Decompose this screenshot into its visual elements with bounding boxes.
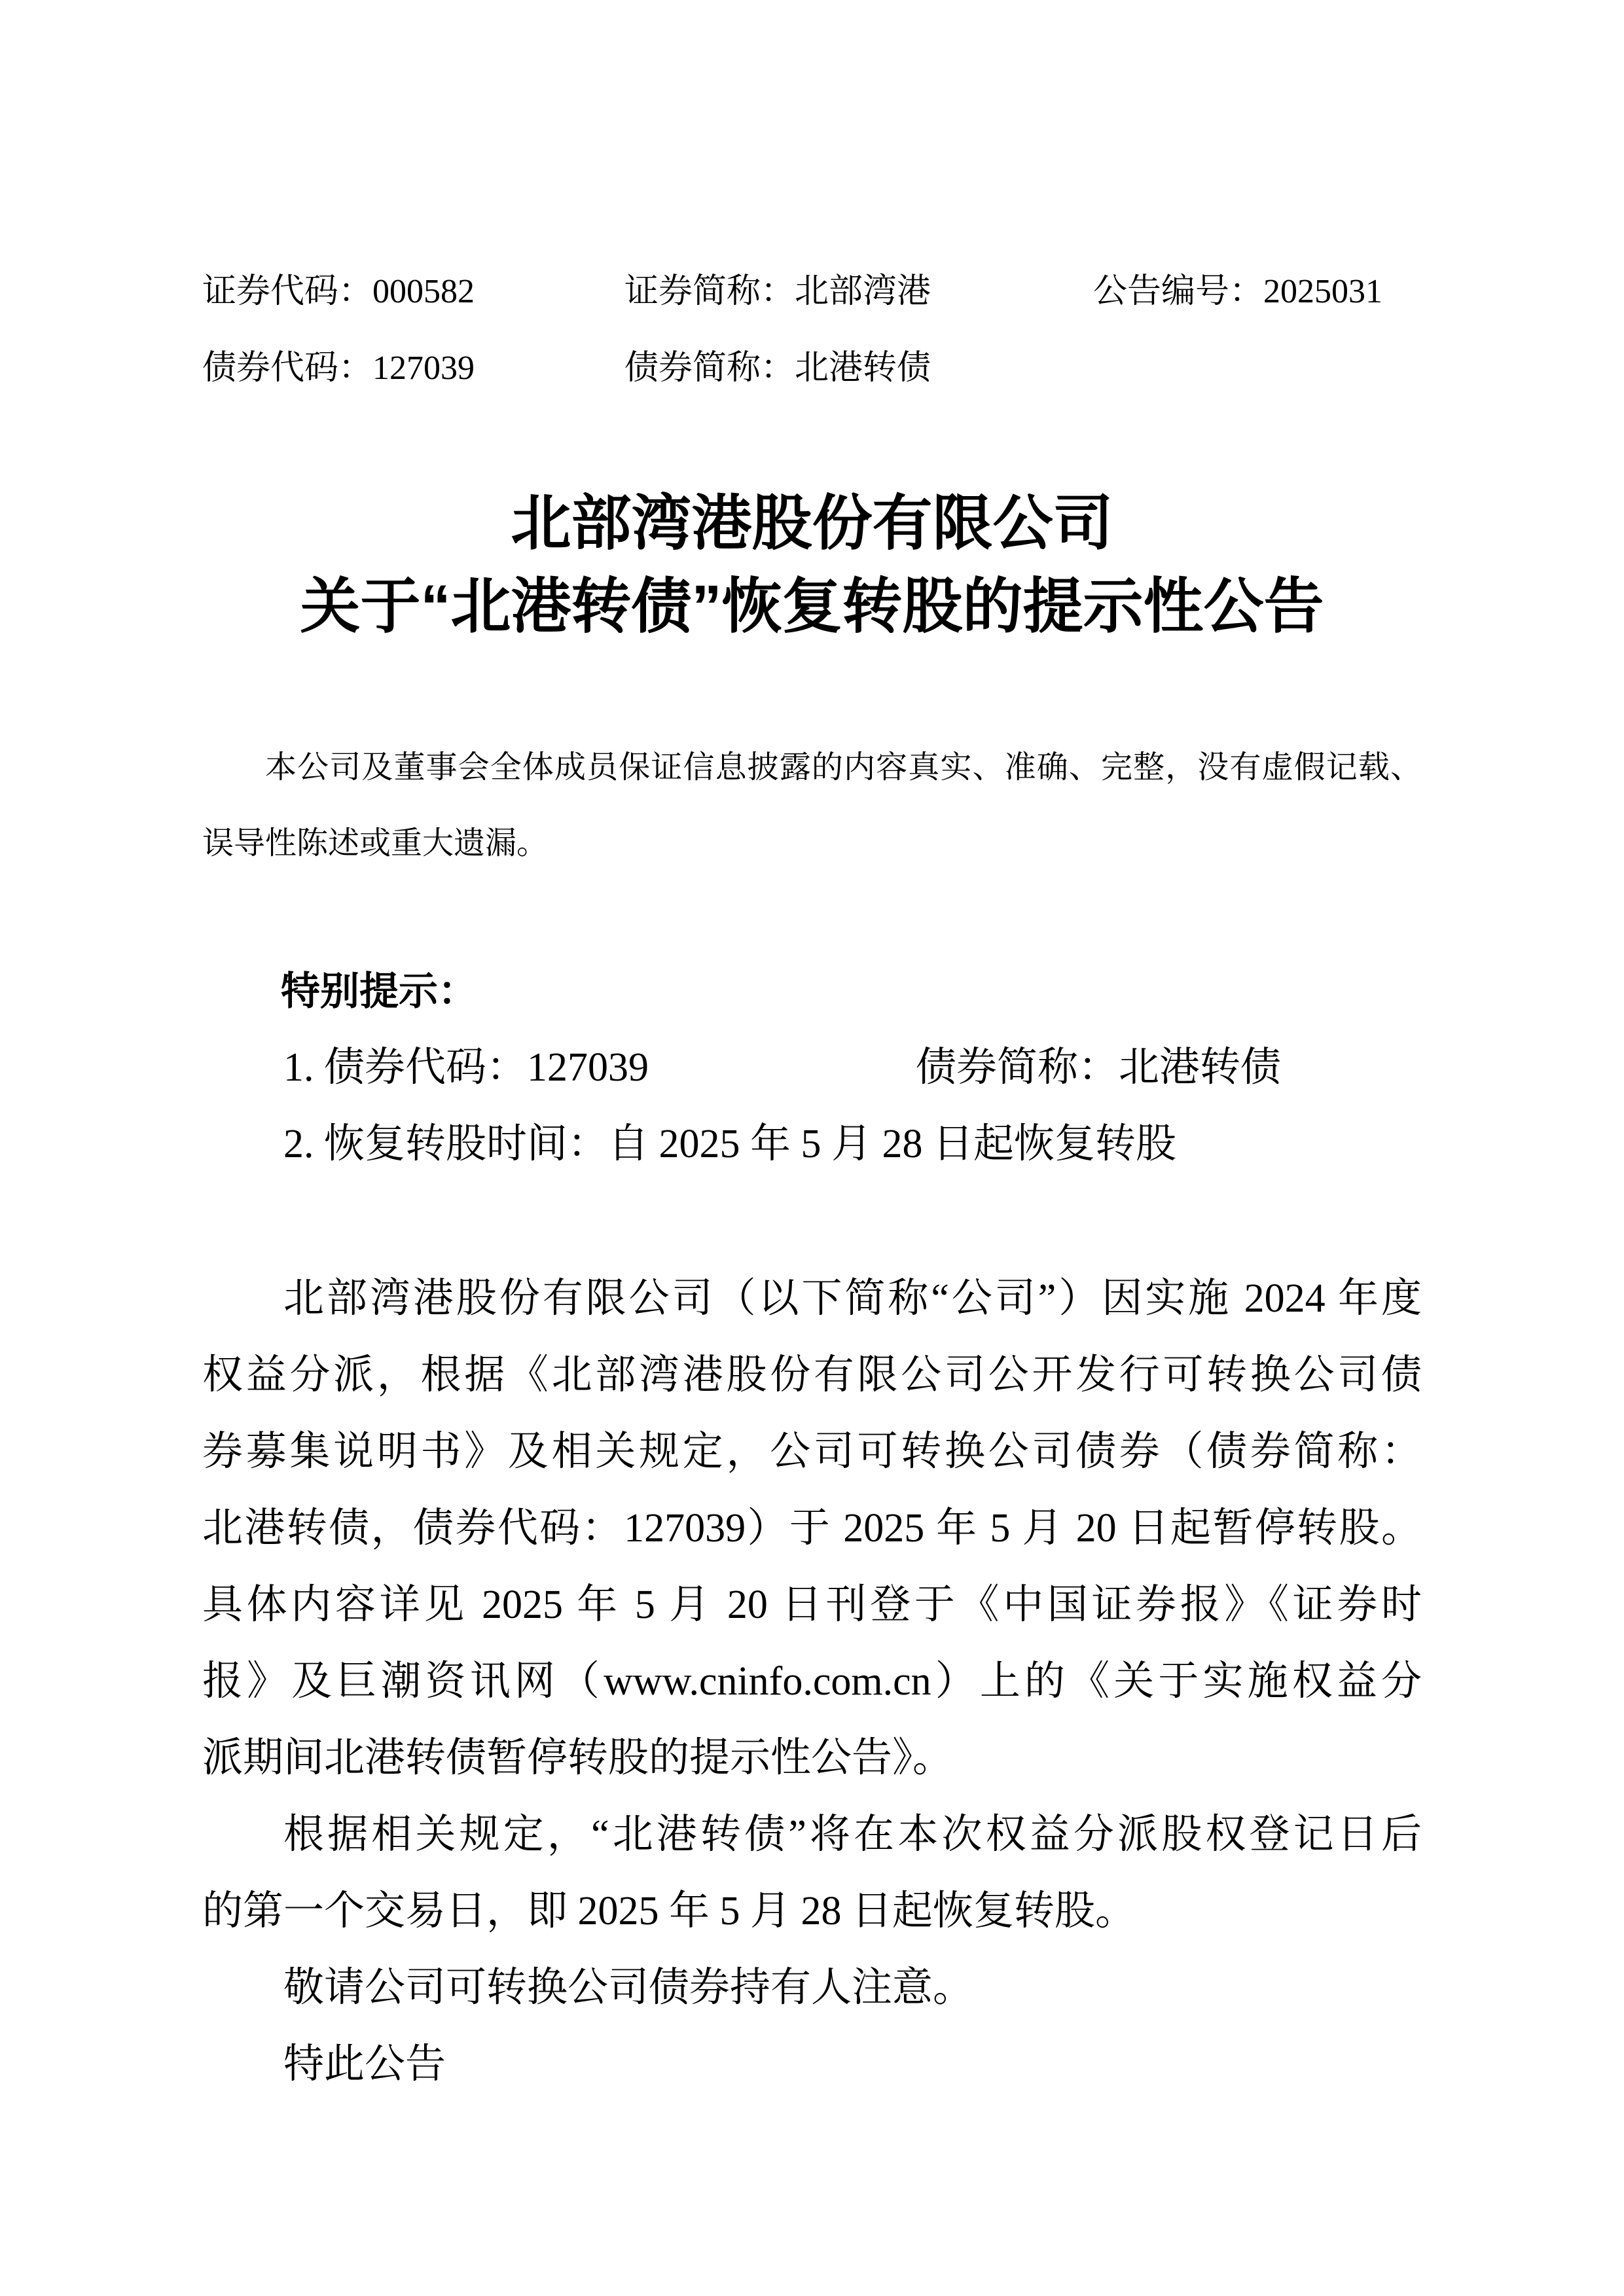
body-paragraph-2: 根据相关规定，“北港转债”将在本次权益分派股权登记日后 的第一个交易日，即 20…	[202, 1797, 1422, 1950]
notice-item-1-bond-code: 1. 债券代码：127039	[202, 1045, 649, 1090]
body-paragraph-1: 北部湾港股份有限公司（以下简称“公司”）因实施 2024 年度 权益分派，根据《…	[202, 1261, 1422, 1797]
paragraph-line: 北部湾港股份有限公司（以下简称“公司”）因实施 2024 年度	[202, 1261, 1422, 1337]
notice-item-1-bond-abbr: 债券简称：北港转债	[916, 1030, 1281, 1106]
announcement-page: 证券代码：000582 证券简称：北部湾港 公告编号：2025031 债券代码：…	[0, 0, 1624, 2296]
bond-abbr: 债券简称：北港转债	[624, 330, 931, 406]
body-paragraph-3: 敬请公司可转换公司债券持有人注意。	[202, 1950, 1422, 2026]
stock-abbr: 证券简称：北部湾港	[624, 253, 931, 330]
notice-item-2: 2. 恢复转股时间：自 2025 年 5 月 28 日起恢复转股	[202, 1106, 1503, 1183]
header-row-1: 证券代码：000582 证券简称：北部湾港 公告编号：2025031	[202, 253, 1422, 330]
notice-item-1: 1. 债券代码：127039 债券简称：北港转债	[202, 1030, 1422, 1106]
paragraph-line: 权益分派，根据《北部湾港股份有限公司公开发行可转换公司债	[202, 1337, 1422, 1414]
disclaimer: 本公司及董事会全体成员保证信息披露的内容真实、准确、完整，没有虚假记载、 误导性…	[202, 730, 1422, 882]
paragraph-line: 北港转债，债券代码：127039）于 2025 年 5 月 20 日起暂停转股。	[202, 1490, 1422, 1567]
paragraph-line: 的第一个交易日，即 2025 年 5 月 28 日起恢复转股。	[202, 1873, 1422, 1950]
special-notice-heading: 特别提示：	[202, 953, 1500, 1030]
paragraph-line: 根据相关规定，“北港转债”将在本次权益分派股权登记日后	[202, 1797, 1422, 1873]
paragraph-line: 具体内容详见 2025 年 5 月 20 日刊登于《中国证券报》《证券时	[202, 1567, 1422, 1643]
paragraph-line: 券募集说明书》及相关规定，公司可转换公司债券（债券简称：	[202, 1414, 1422, 1490]
header-row-2: 债券代码：127039 债券简称：北港转债	[202, 330, 1422, 406]
stock-code: 证券代码：000582	[202, 253, 475, 330]
body-paragraph-4: 特此公告	[202, 2026, 1422, 2103]
page-title-line-1: 北部湾港股份有限公司	[202, 481, 1422, 566]
paragraph-line: 派期间北港转债暂停转股的提示性公告》。	[202, 1720, 1422, 1797]
page-title-line-2: 关于“北港转债”恢复转股的提示性公告	[202, 564, 1422, 649]
bond-code: 债券代码：127039	[202, 330, 475, 406]
disclaimer-line-1: 本公司及董事会全体成员保证信息披露的内容真实、准确、完整，没有虚假记载、	[202, 730, 1422, 806]
disclaimer-line-2: 误导性陈述或重大遗漏。	[202, 806, 1422, 882]
paragraph-line: 报》及巨潮资讯网（www.cninfo.com.cn）上的《关于实施权益分	[202, 1643, 1422, 1720]
announcement-number: 公告编号：2025031	[1093, 253, 1382, 330]
